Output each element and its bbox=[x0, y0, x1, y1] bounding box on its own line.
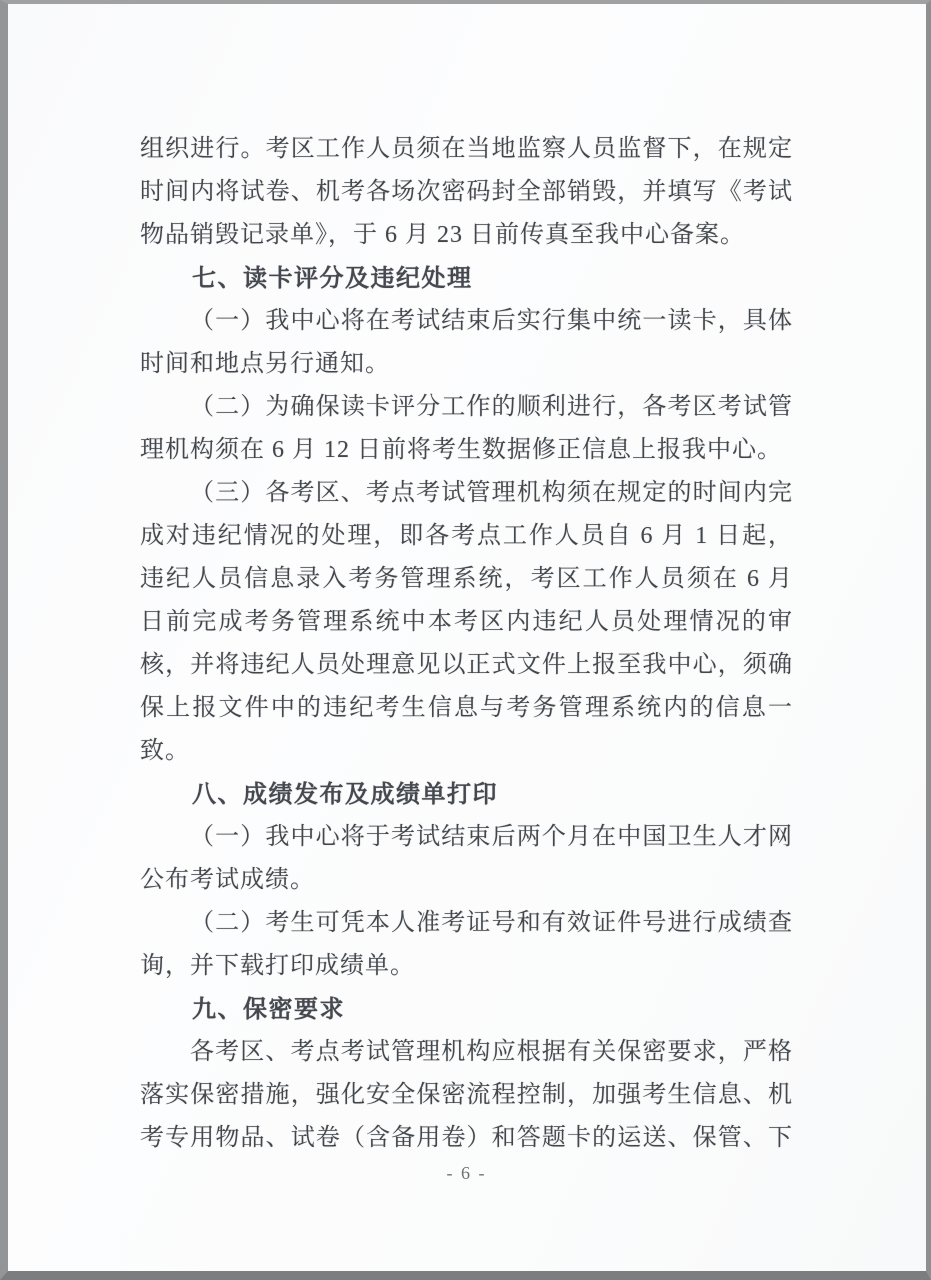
section-7-p3-line: 保上报文件中的违纪考生信息与考务管理系统内的信息一 bbox=[140, 687, 793, 730]
section-7-heading: 七、读卡评分及违纪处理 bbox=[140, 257, 793, 300]
section-8-p1-line: （一）我中心将于考试结束后两个月在中国卫生人才网 bbox=[140, 816, 793, 859]
section-7-p3-line: 致。 bbox=[140, 730, 793, 773]
section-8-heading: 八、成绩发布及成绩单打印 bbox=[140, 773, 793, 816]
section-9-p1-line: 考专用物品、试卷（含备用卷）和答题卡的运送、保管、下 bbox=[140, 1117, 793, 1160]
intro-paragraph-line: 物品销毁记录单》，于 6 月 23 日前传真至我中心备案。 bbox=[140, 214, 793, 257]
intro-paragraph-line: 组织进行。考区工作人员须在当地监察人员监督下，在规定 bbox=[140, 128, 793, 171]
section-8-p1-line: 公布考试成绩。 bbox=[140, 859, 793, 902]
document-body: 组织进行。考区工作人员须在当地监察人员监督下，在规定 时间内将试卷、机考各场次密… bbox=[8, 4, 926, 1184]
section-9-heading: 九、保密要求 bbox=[140, 988, 793, 1031]
section-8-p2-line: 询，并下载打印成绩单。 bbox=[140, 945, 793, 988]
section-7-p2-line: 理机构须在 6 月 12 日前将考生数据修正信息上报我中心。 bbox=[140, 429, 793, 472]
section-7-p3-line: 违纪人员信息录入考务管理系统，考区工作人员须在 6 月 12 bbox=[140, 558, 793, 601]
section-7-p3-line: 核，并将违纪人员处理意见以正式文件上报至我中心，须确 bbox=[140, 644, 793, 687]
section-7-p2-line: （二）为确保读卡评分工作的顺利进行，各考区考试管 bbox=[140, 386, 793, 429]
intro-paragraph-line: 时间内将试卷、机考各场次密码封全部销毁，并填写《考试 bbox=[140, 171, 793, 214]
section-7-p1-line: （一）我中心将在考试结束后实行集中统一读卡，具体 bbox=[140, 300, 793, 343]
scanned-document-page: 组织进行。考区工作人员须在当地监察人员监督下，在规定 时间内将试卷、机考各场次密… bbox=[0, 0, 931, 1280]
section-8-p2-line: （二）考生可凭本人准考证号和有效证件号进行成绩查 bbox=[140, 902, 793, 945]
section-9-p1-line: 落实保密措施，强化安全保密流程控制，加强考生信息、机 bbox=[140, 1074, 793, 1117]
page-number: - 6 - bbox=[140, 1162, 793, 1184]
section-7-p1-line: 时间和地点另行通知。 bbox=[140, 343, 793, 386]
section-9-p1-line: 各考区、考点考试管理机构应根据有关保密要求，严格 bbox=[140, 1031, 793, 1074]
section-7-p3-line: （三）各考区、考点考试管理机构须在规定的时间内完 bbox=[140, 472, 793, 515]
section-7-p3-line: 日前完成考务管理系统中本考区内违纪人员处理情况的审 bbox=[140, 601, 793, 644]
section-7-p3-line: 成对违纪情况的处理，即各考点工作人员自 6 月 1 日起，将 bbox=[140, 515, 793, 558]
